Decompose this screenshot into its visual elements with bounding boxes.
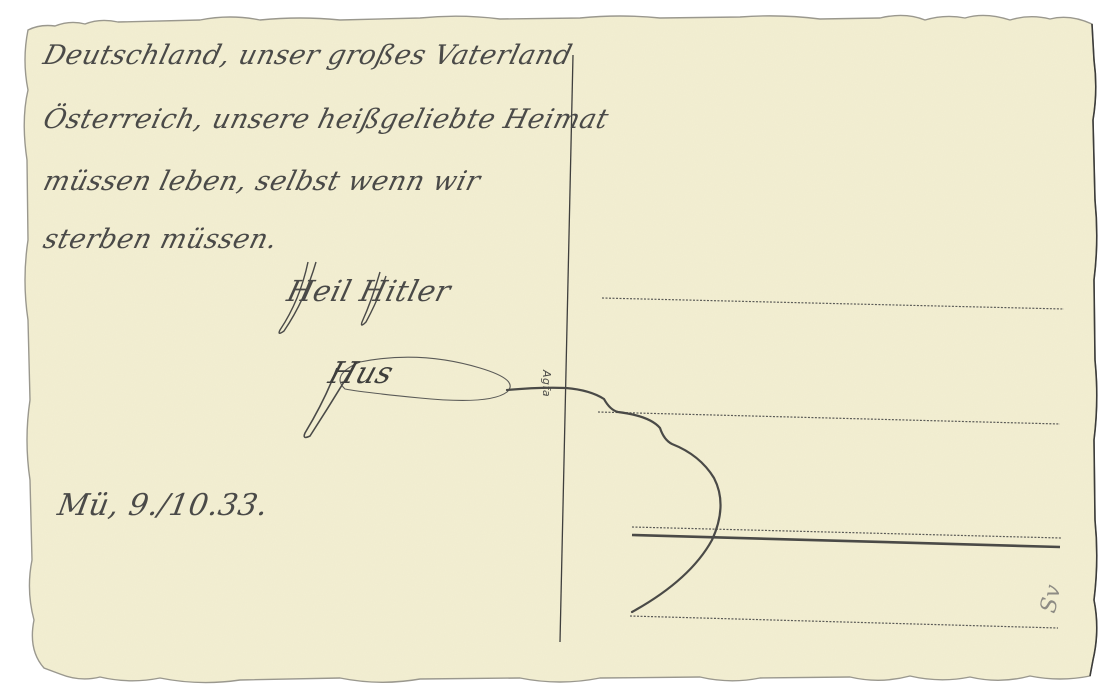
message-line-2: Österreich, unsere heißgeliebte Heimat [40, 104, 612, 135]
place-date: Mü, 9./10.33. [55, 488, 271, 523]
message-line-4: sterben müssen. [40, 224, 281, 255]
postcard-scan: Deutschland, unser großes Vaterland Öste… [0, 0, 1100, 690]
printer-brand: Agfa [540, 370, 553, 397]
message-line-1: Deutschland, unser großes Vaterland [40, 40, 575, 71]
message-line-3: müssen leben, selbst wenn wir [40, 166, 483, 197]
signature: Hus [324, 356, 398, 391]
greeting: Heil Hitler [284, 274, 455, 308]
